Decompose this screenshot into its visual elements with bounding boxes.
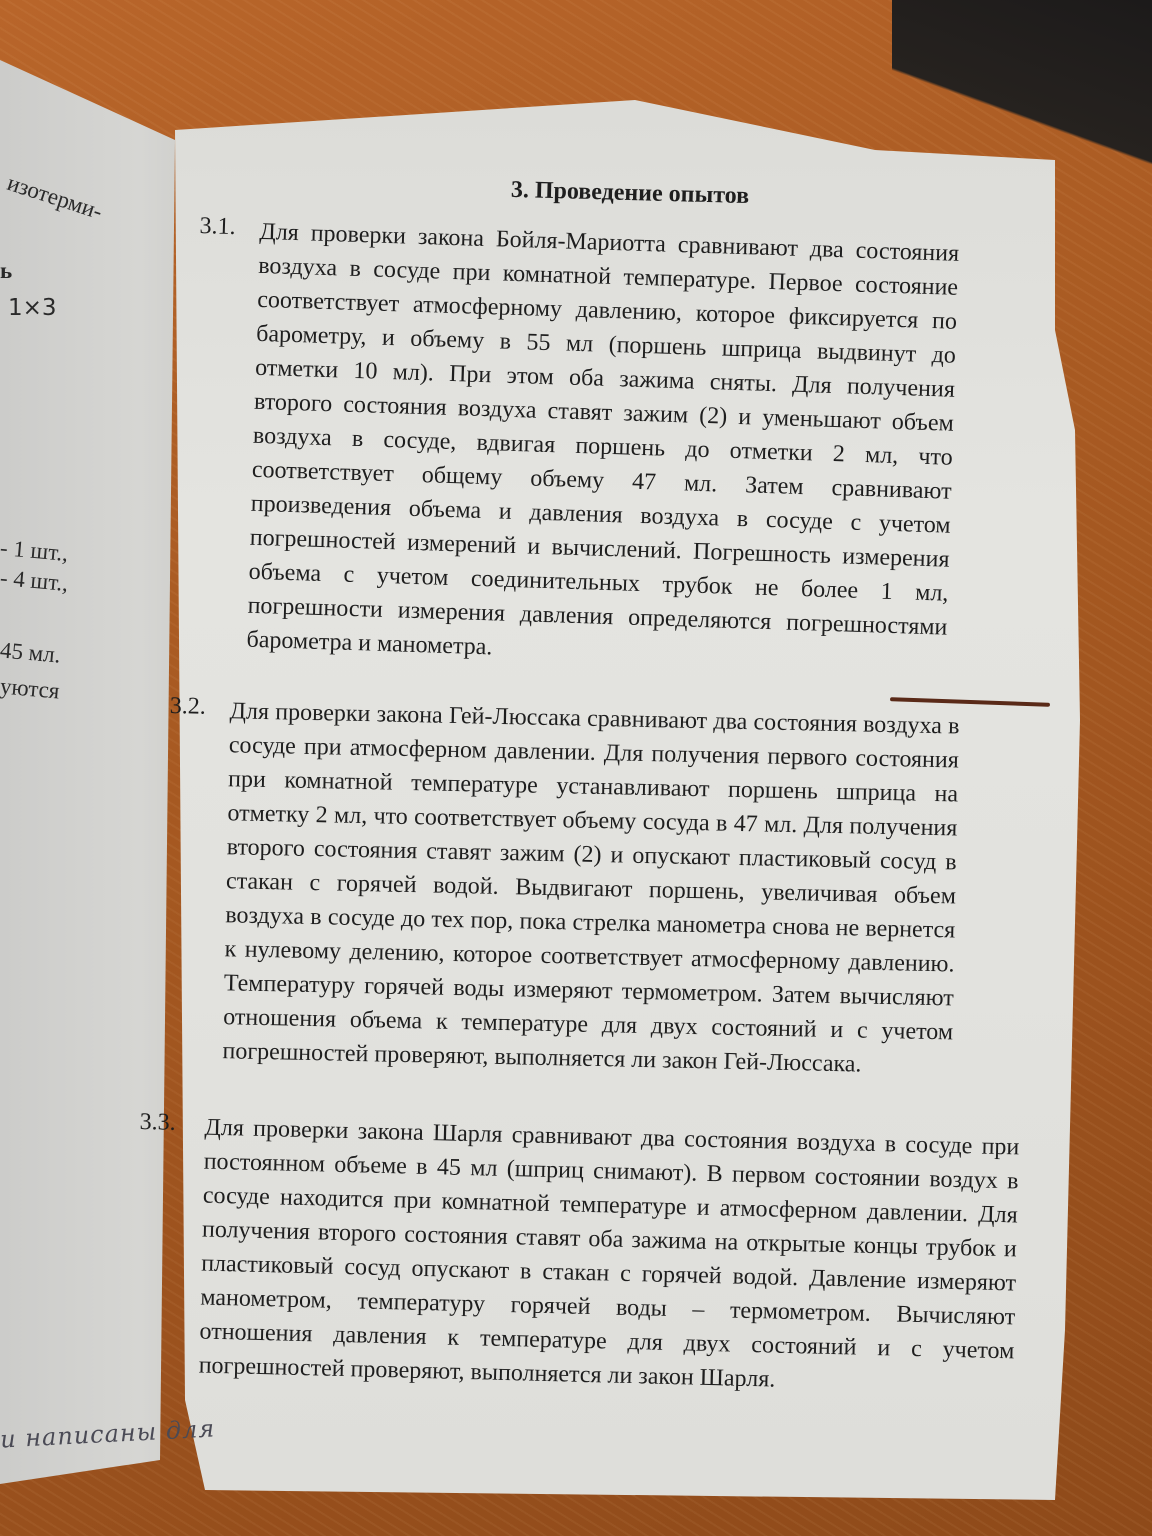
section-3-3: 3.3. Для проверки закона Шарля сравниваю… bbox=[133, 1109, 1019, 1402]
left-fragment: 45 мл. bbox=[0, 637, 62, 668]
section-3-2: 3.2. Для проверки закона Гей-Люссака сра… bbox=[162, 693, 960, 1083]
left-fragment: 1×3 bbox=[8, 295, 57, 321]
section-text: Для проверки закона Гей-Люссака сравнива… bbox=[162, 693, 960, 1083]
section-3-1: 3.1. Для проверки закона Бойля-Мариотта … bbox=[186, 213, 960, 679]
section-number: 3.3. bbox=[139, 1109, 176, 1137]
left-fragment: уются bbox=[0, 673, 61, 704]
section-text: Для проверки закона Шарля сравнивают два… bbox=[133, 1109, 1019, 1402]
section-text: Для проверки закона Бойля-Мариотта сравн… bbox=[186, 213, 960, 679]
document-body: 3. Проведение опытов 3.1. Для проверки з… bbox=[140, 180, 1040, 1381]
section-number: 3.2. bbox=[169, 693, 206, 721]
left-fragment: ь bbox=[0, 258, 12, 284]
section-number: 3.1. bbox=[199, 213, 236, 241]
